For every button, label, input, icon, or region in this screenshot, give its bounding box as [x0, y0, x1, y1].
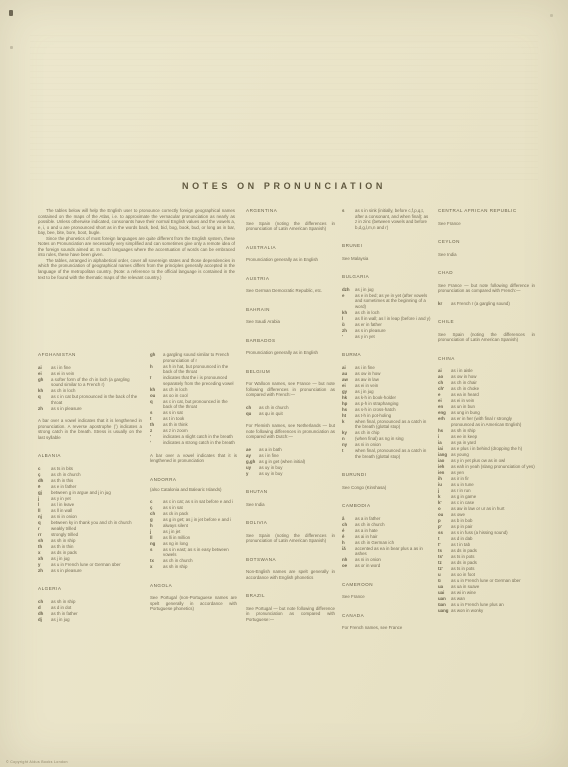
entry-code: hs: [438, 428, 451, 434]
entry-text: as y in yet: [51, 496, 142, 502]
entry-text: as g in get (when initial): [259, 459, 335, 465]
country-heading: BHUTAN: [246, 489, 335, 495]
entry-code: ll: [38, 508, 51, 514]
entry-code: gh: [38, 377, 51, 388]
entry-row: üas u in French lune or German über: [438, 578, 535, 584]
entry-row: éas a in hate: [342, 528, 431, 534]
entry-row: uanas wan: [438, 596, 535, 602]
entry-row: djas j in jug: [38, 617, 142, 623]
entry-text: as ea in heard: [451, 392, 535, 398]
entry-row: kas g in game: [438, 494, 535, 500]
entry-row: iaas ya in yard: [438, 440, 535, 446]
entry-text: as ya in yard: [451, 440, 535, 446]
entry-row: ouas owe: [438, 512, 535, 518]
entry-row: tas t in took: [150, 416, 237, 422]
entry-text: as young: [451, 452, 535, 458]
entry-code: y: [38, 562, 51, 568]
entry-row: iăaccented as ea in bear plus a as in as…: [342, 546, 431, 557]
entry-row: has ch in German ich: [342, 540, 431, 546]
entry-code: ei: [38, 371, 51, 377]
country-heading: ARGENTINA: [246, 208, 335, 214]
entry-text: as j in jug: [355, 389, 431, 395]
country-heading: BURMA: [342, 352, 431, 358]
entry-row: njas ni in onion: [38, 514, 142, 520]
entry-row: quas qu in quit: [246, 411, 335, 417]
country-heading: BURUNDI: [342, 472, 431, 478]
entry-text: as s in pleasure: [51, 568, 142, 574]
entry-text: always silent: [163, 523, 237, 529]
entry-text: as s in sat: [163, 410, 237, 416]
entry-code: y: [246, 471, 259, 477]
country-heading: AUSTRIA: [246, 276, 335, 282]
entry-text: as t in took: [163, 416, 237, 422]
country-heading: AUSTRALIA: [246, 245, 335, 251]
entry-code: c: [38, 466, 51, 472]
note-paragraph: See India: [438, 252, 535, 258]
entry-code: tz: [438, 560, 451, 566]
entry-row: engas ung in bung: [438, 410, 535, 416]
entry-text: as ei in vein: [451, 398, 535, 404]
entry-text: as ts in pots: [451, 554, 535, 560]
entry-code: iai: [438, 446, 451, 452]
entry-row: uaias wi in wine: [438, 590, 535, 596]
entry-text: as wan: [451, 596, 535, 602]
entry-code: uy: [246, 465, 259, 471]
note-paragraph: See Spain (noting the differences in pro…: [246, 221, 335, 232]
entry-row: dhas th in this: [38, 478, 142, 484]
entry-row: qas c in cat but pronounced in the back …: [38, 394, 142, 405]
scan-artifact: [550, 14, 553, 17]
entry-text: as aw in law or ur as in hurt: [451, 506, 535, 512]
entry-text: as th in thin: [51, 544, 142, 550]
entry-row: ngas ng in long: [150, 541, 237, 547]
entry-row: kwhen final, pronounced as a catch in th…: [342, 419, 431, 430]
entry-code: l: [38, 502, 51, 508]
entry-code: i: [438, 434, 451, 440]
entry-code: dh: [38, 611, 51, 617]
entry-text: as th in think: [163, 422, 237, 428]
entry-code: ü: [438, 578, 451, 584]
scan-artifact: [10, 46, 13, 49]
entry-code: j: [38, 496, 51, 502]
page-title: NOTES ON PRONUNCIATION: [0, 181, 568, 191]
entry-code: s: [150, 410, 163, 416]
entry-text: as ch in German ich: [355, 540, 431, 546]
entry-code: o: [438, 506, 451, 512]
entry-code: q: [150, 399, 163, 410]
entry-text: as ds in pads: [51, 550, 142, 556]
entry-code: ng: [150, 541, 163, 547]
entry-code: en: [438, 404, 451, 410]
entry-code: nh: [342, 557, 355, 563]
entry-code: xh: [38, 556, 51, 562]
entry-code: ay: [246, 453, 259, 459]
entry-text: as i in fine: [259, 453, 335, 459]
entry-code: ss: [438, 530, 451, 536]
entry-row: chas ch in chair: [438, 380, 535, 386]
entry-row: auas ow in how: [342, 371, 431, 377]
entry-code: ei: [342, 383, 355, 389]
entry-code: j: [438, 488, 451, 494]
note-paragraph: For Flemish names, see Netherlands — but…: [246, 423, 335, 440]
entry-row: khas ch in loch: [342, 310, 431, 316]
entry-text: as ow in how: [451, 374, 535, 380]
entry-row: xhas j in jug: [38, 556, 142, 562]
entry-row: üanas u in French lune plus an: [438, 602, 535, 608]
entry-code: l: [342, 316, 355, 322]
entry-text: as ch in church: [51, 472, 142, 478]
entry-code: ch: [246, 405, 259, 411]
entry-row: tz'as ts in pots: [438, 566, 535, 572]
entry-row: kras French r (a gargling sound): [438, 301, 535, 307]
country-heading: AFGHANISTAN: [38, 352, 142, 358]
entry-code: k': [438, 500, 451, 506]
entry-row: pas b in bob: [438, 518, 535, 524]
entry-row: ŭas er in father: [342, 322, 431, 328]
note-paragraph: See France — but note following differen…: [438, 283, 535, 294]
entry-text: as ch in church: [163, 558, 237, 564]
entry-text: as d in dab: [451, 536, 535, 542]
entry-text: as l in leave: [51, 502, 142, 508]
entry-text: as or in word: [355, 563, 431, 569]
entry-row: aoas ow in how: [438, 374, 535, 380]
note-paragraph: See Congo (Kinshasa): [342, 485, 431, 491]
note-paragraph: Pronunciation generally as in English: [246, 257, 335, 263]
atlas-page: NOTES ON PRONUNCIATION The tables below …: [0, 0, 568, 767]
entry-text: as y in yet: [355, 334, 431, 340]
entry-code: p': [438, 524, 451, 530]
country-heading: CAMBODIA: [342, 503, 431, 509]
pronunciation-column-4: sas s in sink (initially, before c,f,p,q…: [342, 208, 431, 638]
entry-row: ʻindicates a strong catch in the breath: [150, 440, 237, 446]
entry-row: erhas er in her (with final r strongly p…: [438, 416, 535, 427]
entry-code: t': [438, 542, 451, 548]
entry-row: ienas yen: [438, 470, 535, 476]
entry-row: thas th in think: [150, 422, 237, 428]
pronunciation-entry-list: cas ts in bitsças ch in churchdhas th in…: [38, 466, 142, 574]
entry-code: x: [38, 550, 51, 556]
entry-code: uai: [438, 590, 451, 596]
entry-row: t'as t in tab: [438, 542, 535, 548]
entry-text: as won in wonky: [451, 608, 535, 614]
entry-code: j: [150, 529, 163, 535]
entry-code: ch: [438, 380, 451, 386]
country-heading: CEYLON: [438, 239, 535, 245]
note-paragraph: See Portugal — but note following differ…: [246, 606, 335, 623]
entry-code: iao: [438, 458, 451, 464]
entry-row: ayas i in fine: [246, 453, 335, 459]
entry-text: as ds in pads: [451, 560, 535, 566]
entry-code: au: [342, 371, 355, 377]
entry-code: hp: [342, 401, 355, 407]
entry-text: as t-h in pot-holing: [355, 413, 431, 419]
entry-text: as g in get; as j in jet before e and i: [163, 517, 237, 523]
entry-text: as uy in buy: [259, 465, 335, 471]
entry-text: as ee in keep: [451, 434, 535, 440]
entry-row: rweakly trilled: [38, 526, 142, 532]
entry-text: as j in jug: [355, 287, 431, 293]
entry-row: iehas eah in yeah (slang pronunciation o…: [438, 464, 535, 470]
entry-code: ': [150, 434, 163, 440]
entry-row: chas ch in church: [246, 405, 335, 411]
entry-code: iă: [342, 546, 355, 557]
entry-code: ll: [150, 535, 163, 541]
entry-text: as i in aisle: [451, 368, 535, 374]
entry-code: k: [342, 419, 355, 430]
entry-code: kr: [438, 301, 451, 307]
entry-row: yas u in French lune or German über: [38, 562, 142, 568]
note-paragraph: Pronunciation generally as in English: [246, 350, 335, 356]
entry-row: oas aw in law or ur as in hurt: [438, 506, 535, 512]
entry-text: as a in bath: [259, 447, 335, 453]
entry-row: k'as c in case: [438, 500, 535, 506]
entry-code: sh: [38, 538, 51, 544]
pronunciation-entry-list: dzhas j in jugeas e in bed; as ye in yet…: [342, 287, 431, 340]
entry-code: ch: [150, 511, 163, 517]
entry-code: ê: [342, 534, 355, 540]
entry-row: khas ch in loch: [150, 387, 237, 393]
note-paragraph: Non-English names are spelt generally in…: [246, 569, 335, 580]
entry-code: kh: [342, 310, 355, 316]
note-paragraph: See Saudi Arabia: [246, 319, 335, 325]
country-heading: ALBANIA: [38, 453, 142, 459]
entry-row: p'as p in pair: [438, 524, 535, 530]
entry-code: ou: [438, 512, 451, 518]
entry-code: é: [342, 528, 355, 534]
entry-row: chas sh in ship: [38, 599, 142, 605]
entry-text: as oo in cool: [163, 393, 237, 399]
entry-code: kh: [38, 388, 51, 394]
entry-text: as ai in hair: [355, 534, 431, 540]
entry-text: as k-h in book-holder: [355, 395, 431, 401]
entry-row: chas ck in pack: [150, 511, 237, 517]
entry-text: as s in sat: [163, 505, 237, 511]
entry-text: when final, pronounced as a catch in the…: [355, 448, 431, 459]
entry-code: ch: [38, 599, 51, 605]
pronunciation-column-2: gha gargling sound similar to French pro…: [150, 208, 237, 619]
entry-row: tsas ds in pads: [438, 548, 535, 554]
pronunciation-entry-list: kras French r (a gargling sound): [438, 301, 535, 307]
entry-text: as e plus i in behind (dropping the h): [451, 446, 535, 452]
entry-text: as ch in chip: [355, 430, 431, 436]
entry-code: oe: [342, 563, 355, 569]
scan-bleed-artifact: [30, 30, 538, 180]
entry-code: u: [438, 572, 451, 578]
entry-code: ei: [438, 398, 451, 404]
entry-text: a softer form of the ch in loch (a gargl…: [51, 377, 142, 388]
entry-row: tas d in dab: [438, 536, 535, 542]
entry-row: htas t-h in pot-holing: [342, 413, 431, 419]
entry-row: las ll in wall; as l in leap (before i a…: [342, 316, 431, 322]
entry-text: as wi in wine: [451, 590, 535, 596]
entry-row: hsas s-h in cross-hatch: [342, 407, 431, 413]
entry-text: as ch in church: [355, 522, 431, 528]
entry-code: aw: [342, 377, 355, 383]
pronunciation-column-5: CENTRAL AFRICAN REPUBLICSee FranceCEYLON…: [438, 208, 535, 620]
entry-text: as ll in wall: [51, 508, 142, 514]
entry-row: ïindicates that the i is pronounced sepa…: [150, 375, 237, 386]
entry-text: as u in French lune or German über: [451, 578, 535, 584]
entry-text: as p in pair: [451, 524, 535, 530]
entry-text: as z in zoom: [163, 428, 237, 434]
entry-row: twhen final, pronounced as a catch in th…: [342, 448, 431, 459]
entry-text: as s in fuss (a hissing sound): [451, 530, 535, 536]
entry-code: ch': [438, 386, 451, 392]
entry-code: dj: [38, 617, 51, 623]
entry-code: zh: [342, 328, 355, 334]
entry-text: as sh in ship: [451, 428, 535, 434]
entry-text: as un in bun: [451, 404, 535, 410]
entry-text: as s in pleasure: [51, 406, 142, 412]
entry-text: as s in east; as s in easy between vowel…: [163, 547, 237, 558]
country-heading: ANDORRA: [150, 477, 237, 483]
entry-row: gha softer form of the ch in loch (a gar…: [38, 377, 142, 388]
entry-code: üan: [438, 602, 451, 608]
entry-code: t: [438, 536, 451, 542]
entry-code: hk: [342, 395, 355, 401]
entry-text: as ei in vein: [355, 383, 431, 389]
entry-code: ae: [246, 447, 259, 453]
entry-text: indicates that the i is pronounced separ…: [163, 375, 237, 386]
entry-row: zhas s in pleasure: [38, 568, 142, 574]
entry-row: hpas p-h in straphanging: [342, 401, 431, 407]
entry-row: txas ch in church: [150, 558, 237, 564]
entry-text: as eah in yeah (slang pronunciation of y…: [451, 464, 535, 470]
entry-code: uan: [438, 596, 451, 602]
entry-text: as ch in loch: [51, 388, 142, 394]
entry-text: as ung in bung: [451, 410, 535, 416]
entry-row: iaias e plus i in behind (dropping the h…: [438, 446, 535, 452]
entry-text: as e in bed; as ye in yet (after vowels …: [355, 293, 431, 310]
entry-code: rr: [38, 532, 51, 538]
entry-code: p: [438, 518, 451, 524]
entry-text: as ds in pads: [451, 548, 535, 554]
entry-code: c: [150, 499, 163, 505]
entry-code: ky: [342, 430, 355, 436]
entry-code: qu: [246, 411, 259, 417]
entry-row: ëas e in father: [38, 484, 142, 490]
entry-row: eas e in bed; as ye in yet (after vowels…: [342, 293, 431, 310]
entry-code: ʻ: [150, 440, 163, 446]
entry-text: as lli in million: [163, 535, 237, 541]
entry-row: jas r in run: [438, 488, 535, 494]
entry-row: hsas sh in ship: [438, 428, 535, 434]
entry-text: as sh in ship: [51, 599, 142, 605]
entry-code: q: [38, 394, 51, 405]
entry-code: z: [150, 428, 163, 434]
entry-row: llas ll in wall: [38, 508, 142, 514]
entry-text: as ch in chair: [451, 380, 535, 386]
entry-code: dh: [38, 478, 51, 484]
entry-code: zh: [38, 406, 51, 412]
country-heading: ANGOLA: [150, 583, 237, 589]
entry-text: when final, pronounced as a catch in the…: [355, 419, 431, 430]
entry-text: as p-h in straphanging: [355, 401, 431, 407]
entry-code: kh: [150, 387, 163, 393]
entry-code: s: [342, 208, 355, 230]
entry-text: as ts in pots: [451, 566, 535, 572]
entry-row: jas j in jet: [150, 529, 237, 535]
entry-text: as ck in pack: [163, 511, 237, 517]
entry-text: as sh in ship: [163, 564, 237, 570]
entry-text: (when final) as ng in sing: [355, 436, 431, 442]
entry-row: aias i in aisle: [438, 368, 535, 374]
entry-text: as u in French lune or German über: [51, 562, 142, 568]
entry-code: h: [150, 364, 163, 375]
entry-code: ia: [438, 440, 451, 446]
country-heading: BRUNEI: [342, 243, 431, 249]
entry-code: ai: [342, 365, 355, 371]
entry-code: g: [150, 517, 163, 523]
entry-code: g,gh: [246, 459, 259, 465]
entry-text: as c in cat; as s in sat before e and i: [163, 499, 237, 505]
entry-code: ao: [438, 374, 451, 380]
entry-row: g,ghas g in get (when initial): [246, 459, 335, 465]
entry-code: d: [38, 605, 51, 611]
entry-code: ': [342, 334, 355, 340]
entry-code: t: [342, 448, 355, 459]
entry-row: qas c in cat, but pronounced in the back…: [150, 399, 237, 410]
country-subnote: (also Catalonia and Balearic Islands): [150, 487, 237, 493]
entry-row: uaas ua in suave: [438, 584, 535, 590]
entry-text: as j in jug: [51, 617, 142, 623]
entry-row: aias i in fine: [38, 365, 142, 371]
entry-code: ny: [342, 442, 355, 448]
pronunciation-entry-list: aias i in fineeias ei in veingha softer …: [38, 365, 142, 412]
entry-code: ç: [150, 505, 163, 511]
entry-text: as a in hate: [355, 528, 431, 534]
pronunciation-column-3: ARGENTINASee Spain (noting the differenc…: [246, 208, 335, 629]
entry-text: between g in argue and j in jug: [51, 490, 142, 496]
country-heading: CHINA: [438, 356, 535, 362]
entry-text: as yen: [451, 470, 535, 476]
entry-row: las l in leave: [38, 502, 142, 508]
entry-code: gy: [342, 389, 355, 395]
note-paragraph: A bar over a vowel indicates that it is …: [150, 453, 237, 464]
entry-code: h: [150, 523, 163, 529]
country-heading: CHILE: [438, 319, 535, 325]
entry-row: yas uy in buy: [246, 471, 335, 477]
entry-text: weakly trilled: [51, 526, 142, 532]
entry-code: uang: [438, 608, 451, 614]
entry-row: 'indicates a slight catch in the breath: [150, 434, 237, 440]
entry-text: as u in French lune plus an: [451, 602, 535, 608]
country-heading: ALGERIA: [38, 586, 142, 592]
country-heading: CENTRAL AFRICAN REPUBLIC: [438, 208, 535, 214]
entry-code: tx: [150, 558, 163, 564]
entry-row: xas sh in ship: [150, 564, 237, 570]
entry-code: e: [342, 293, 355, 310]
entry-row: kyas ch in chip: [342, 430, 431, 436]
entry-code: ieh: [438, 464, 451, 470]
entry-row: ças s in sat: [150, 505, 237, 511]
entry-text: as s in sink (initially, before c,f,p,q,…: [355, 208, 431, 230]
entry-text: accented as ea in bear plus a as in ashe…: [355, 546, 431, 557]
entry-row: ças ch in church: [38, 472, 142, 478]
note-paragraph: See France: [342, 594, 431, 600]
entry-code: tz': [438, 566, 451, 572]
entry-text: as er in father: [355, 322, 431, 328]
entry-code: q: [38, 520, 51, 526]
entry-row: khas ch in loch: [38, 388, 142, 394]
entry-code: eng: [438, 410, 451, 416]
entry-row: cas ts in bits: [38, 466, 142, 472]
entry-row: chas ch in church: [342, 522, 431, 528]
entry-text: as ow in how: [355, 371, 431, 377]
note-paragraph: For French names, see France: [342, 625, 431, 631]
entry-row: gyas j in jug: [342, 389, 431, 395]
country-heading: BOTSWANA: [246, 557, 335, 563]
